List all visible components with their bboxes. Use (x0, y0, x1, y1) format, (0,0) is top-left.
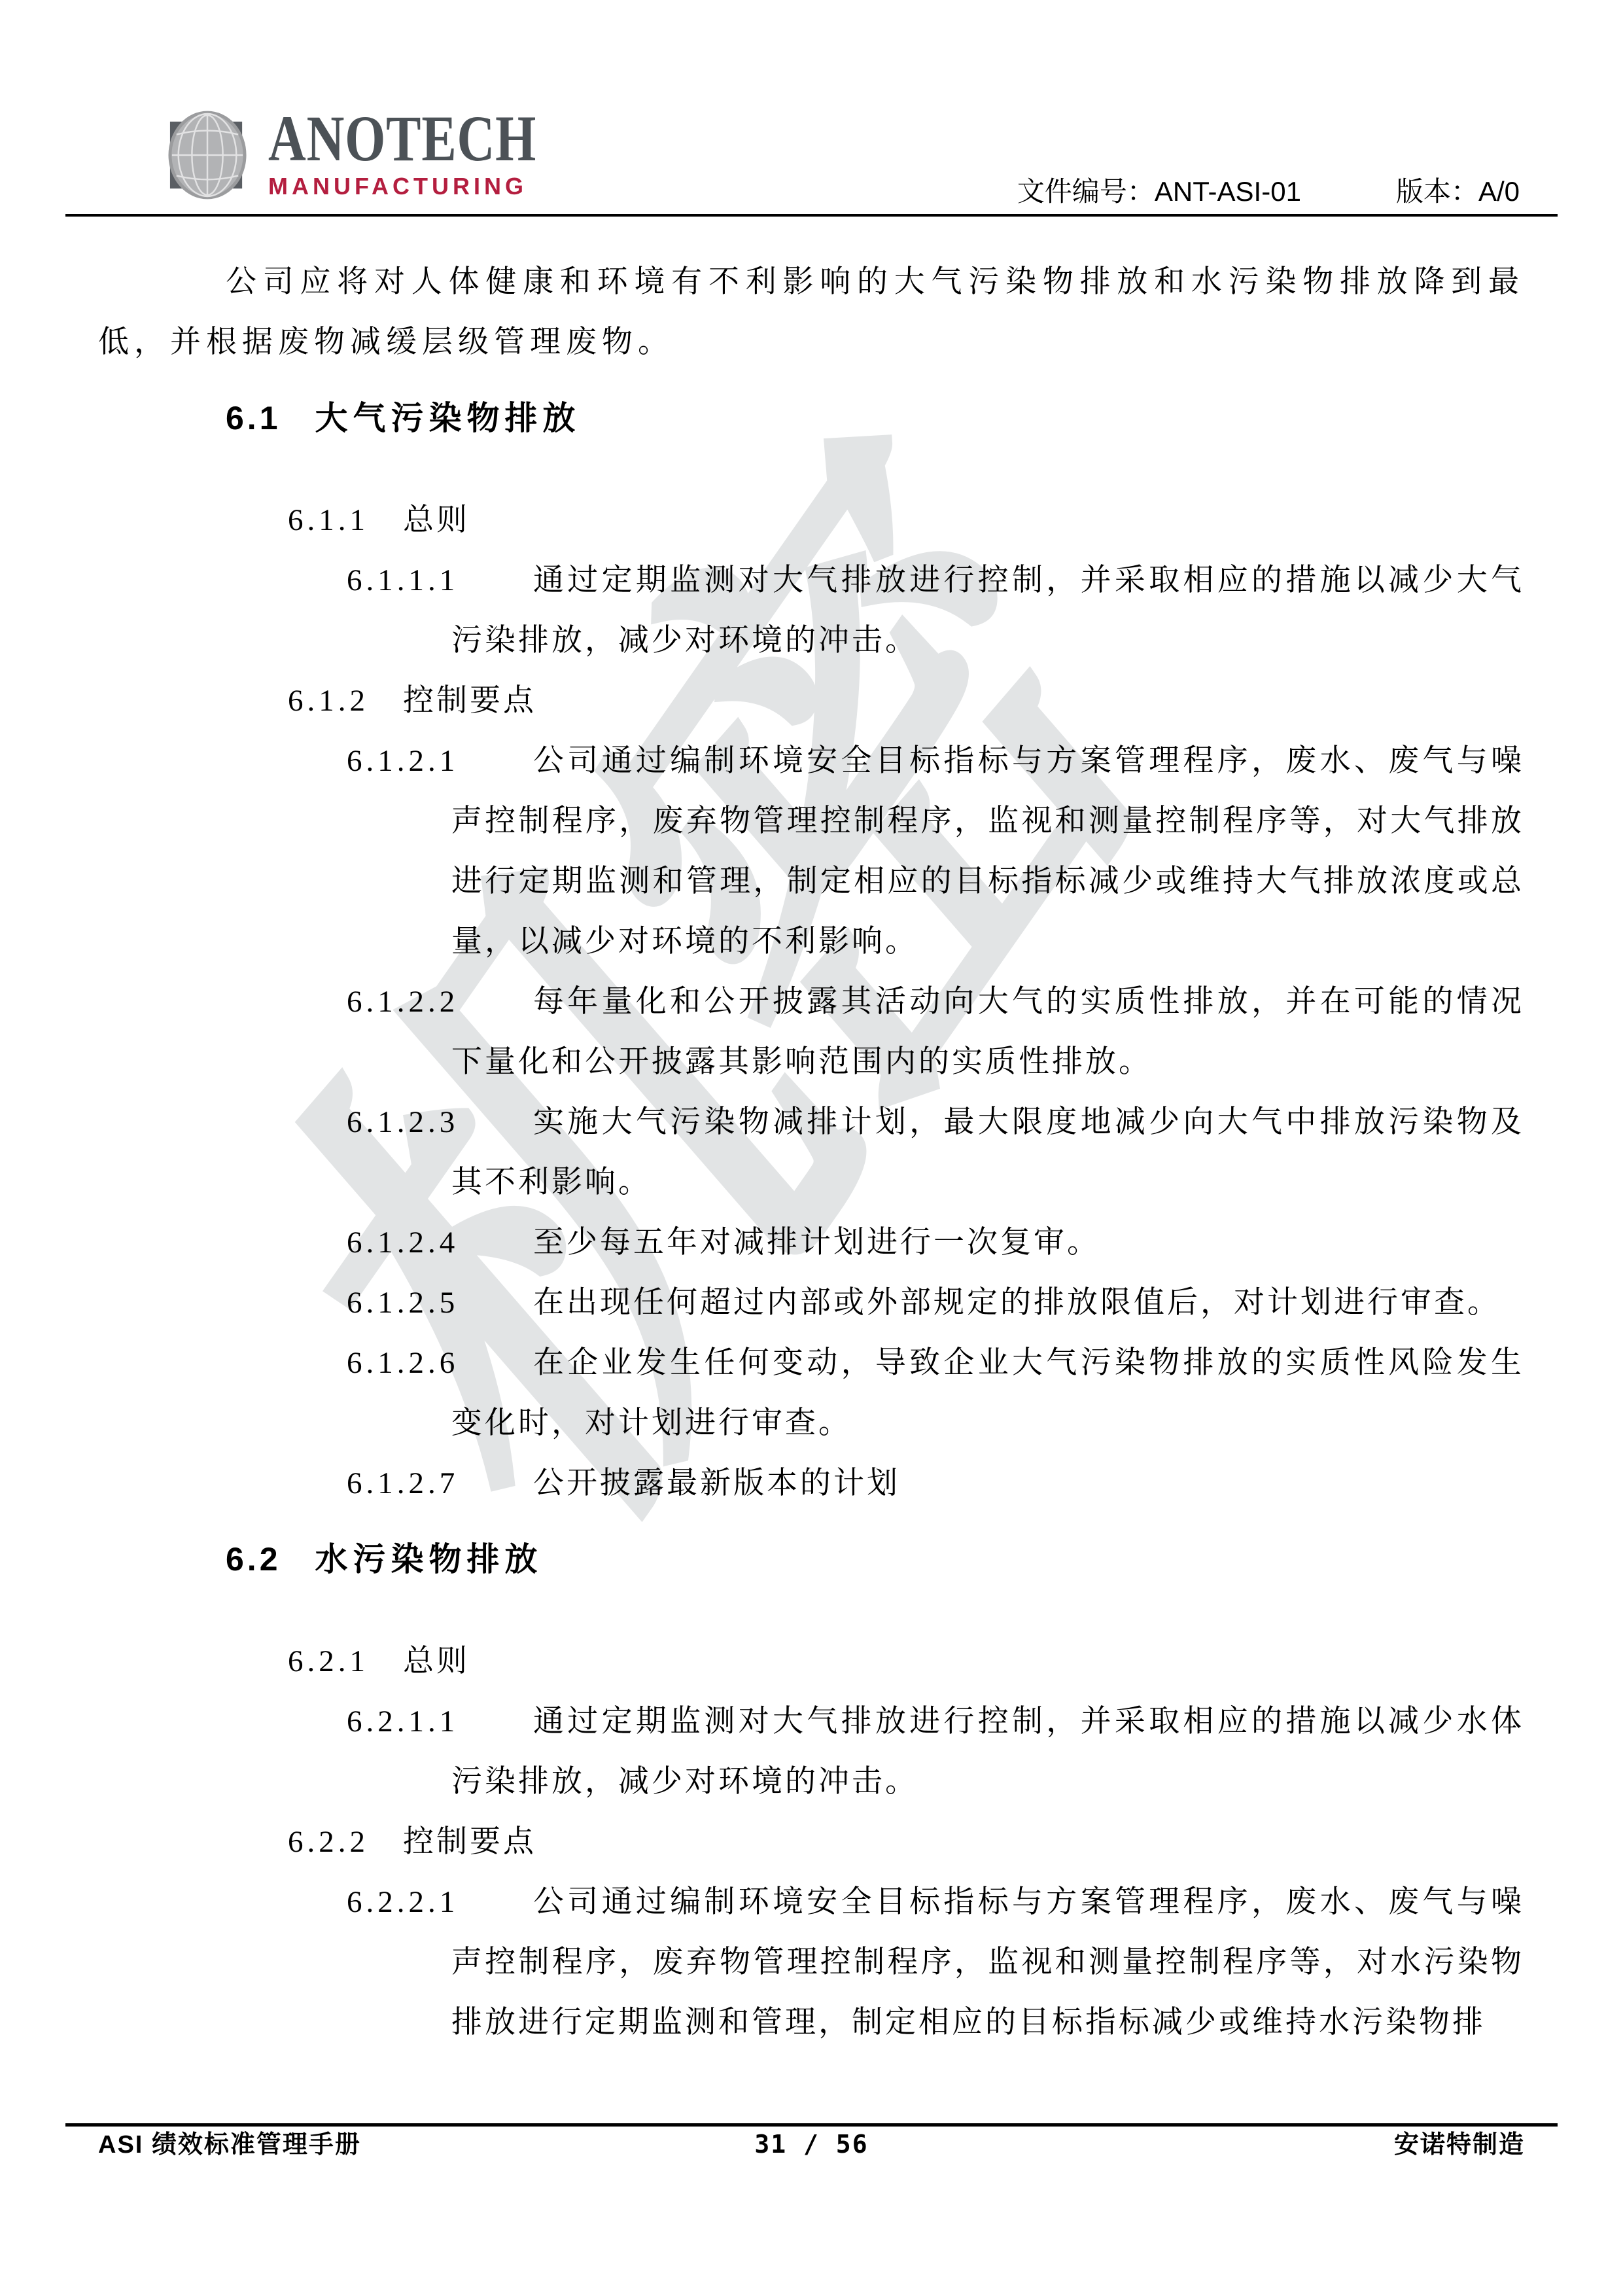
list-item-number: 6.1.2.1 (347, 731, 459, 791)
list-item: 6.2.2控制要点 (98, 1812, 1524, 1872)
list-item: 6.1.2.4至少每五年对减排计划进行一次复审。 (98, 1212, 1524, 1273)
list-item-text: 在企业发生任何变动，导致企业大气污染物排放的实质性风险发生变化时，对计划进行审查… (451, 1346, 1524, 1440)
section-heading: 6.1大气污染物排放 (226, 398, 1524, 438)
footer-divider (65, 2123, 1558, 2127)
list-item-text: 公司通过编制环境安全目标指标与方案管理程序，废水、废气与噪声控制程序，废弃物管理… (451, 744, 1524, 959)
list-item-number: 6.1.1 (288, 490, 369, 550)
globe-grid-icon (167, 110, 247, 200)
list-item-text: 每年量化和公开披露其活动向大气的实质性排放，并在可能的情况下量化和公开披露其影响… (451, 985, 1524, 1079)
list-item: 6.1.2.6在企业发生任何变动，导致企业大气污染物排放的实质性风险发生变化时，… (98, 1333, 1524, 1453)
list-item-number: 6.1.2.2 (347, 972, 459, 1032)
list-item-number: 6.1.2.7 (347, 1453, 459, 1513)
list-item-number: 6.1.2.5 (347, 1273, 459, 1333)
section-number: 6.2 (226, 1541, 281, 1578)
document-meta: 文件编号：ANT-ASI-01版本：A/0 (1017, 175, 1520, 209)
list-item-number: 6.1.2.3 (347, 1092, 459, 1152)
brand-subtitle: MANUFACTURING (268, 173, 604, 200)
list-item-text: 通过定期监测对大气排放进行控制，并采取相应的措施以减少大气污染排放，减少对环境的… (451, 563, 1524, 658)
list-item-text: 实施大气污染物减排计划，最大限度地减少向大气中排放污染物及其不利影响。 (451, 1105, 1524, 1199)
list-item: 6.2.1.1通过定期监测对大气排放进行控制，并采取相应的措施以减少水体污染排放… (98, 1691, 1524, 1812)
list-item-text: 在出现任何超过内部或外部规定的排放限值后，对计划进行审查。 (533, 1286, 1501, 1320)
list-item-number: 6.2.2 (288, 1812, 369, 1872)
list-item-number: 6.1.2.4 (347, 1212, 459, 1273)
list-item-text: 总则 (403, 503, 470, 537)
doc-number-label: 文件编号： (1017, 177, 1155, 207)
list-item-text: 总则 (403, 1644, 470, 1678)
header-divider (65, 214, 1558, 217)
list-item-text: 控制要点 (403, 1825, 536, 1859)
list-item-text: 公开披露最新版本的计划 (533, 1466, 900, 1500)
document-section: 6.1大气污染物排放 6.1.1总则 6.1.1.1通过定期监测对大气排放进行控… (98, 398, 1524, 1513)
section-title: 水污染物排放 (315, 1541, 543, 1578)
section-number: 6.1 (226, 400, 281, 436)
section-list: 6.1.1总则 6.1.1.1通过定期监测对大气排放进行控制，并采取相应的措施以… (98, 490, 1524, 1513)
version-value: A/0 (1478, 176, 1520, 207)
document-body: 公司应将对人体健康和环境有不利影响的大气污染物排放和水污染物排放降到最低，并根据… (98, 252, 1524, 2053)
list-item-number: 6.1.2 (288, 671, 369, 731)
list-item-number: 6.2.2.1 (347, 1872, 459, 1932)
list-item-text: 公司通过编制环境安全目标指标与方案管理程序，废水、废气与噪声控制程序，废弃物管理… (451, 1885, 1524, 2040)
list-item: 6.1.2.7公开披露最新版本的计划 (98, 1453, 1524, 1513)
list-item: 6.1.1.1通过定期监测对大气排放进行控制，并采取相应的措施以减少大气污染排放… (98, 550, 1524, 671)
doc-number-value: ANT-ASI-01 (1155, 176, 1301, 207)
section-list: 6.2.1总则 6.2.1.1通过定期监测对大气排放进行控制，并采取相应的措施以… (98, 1631, 1524, 2053)
list-item: 6.2.1总则 (98, 1631, 1524, 1691)
list-item-number: 6.2.1.1 (347, 1691, 459, 1752)
brand-text: ANOTECH MANUFACTURING (268, 110, 604, 200)
list-item: 6.1.2.2每年量化和公开披露其活动向大气的实质性排放，并在可能的情况下量化和… (98, 972, 1524, 1092)
list-item-number: 6.2.1 (288, 1631, 369, 1691)
list-item: 6.1.2.3实施大气污染物减排计划，最大限度地减少向大气中排放污染物及其不利影… (98, 1092, 1524, 1212)
section-title: 大气污染物排放 (315, 400, 581, 436)
list-item-number: 6.1.1.1 (347, 550, 459, 610)
footer: ASI 绩效标准管理手册 31 / 56 安诺特制造 (98, 2129, 1525, 2160)
list-item: 6.1.1总则 (98, 490, 1524, 550)
list-item: 6.1.2控制要点 (98, 671, 1524, 731)
list-item: 6.1.2.1公司通过编制环境安全目标指标与方案管理程序，废水、废气与噪声控制程… (98, 731, 1524, 972)
list-item-text: 至少每五年对减排计划进行一次复审。 (533, 1226, 1100, 1260)
intro-paragraph: 公司应将对人体健康和环境有不利影响的大气污染物排放和水污染物排放降到最低，并根据… (98, 252, 1524, 372)
footer-page-number: 31 / 56 (574, 2129, 1049, 2159)
section-heading: 6.2水污染物排放 (226, 1540, 1524, 1579)
list-item-text: 通过定期监测对大气排放进行控制，并采取相应的措施以减少水体污染排放，减少对环境的… (451, 1704, 1524, 1799)
list-item: 6.1.2.5在出现任何超过内部或外部规定的排放限值后，对计划进行审查。 (98, 1273, 1524, 1333)
footer-company-name: 安诺特制造 (1049, 2130, 1525, 2160)
footer-manual-title: ASI 绩效标准管理手册 (98, 2130, 574, 2160)
document-section: 6.2水污染物排放 6.2.1总则 6.2.1.1通过定期监测对大气排放进行控制… (98, 1540, 1524, 2053)
document-page: 机密 ANOTECH MANUFACTURING 文件编号：ANT-ASI-01… (0, 0, 1623, 2296)
list-item-number: 6.1.2.6 (347, 1333, 459, 1393)
list-item-text: 控制要点 (403, 684, 536, 718)
list-item: 6.2.2.1公司通过编制环境安全目标指标与方案管理程序，废水、废气与噪声控制程… (98, 1872, 1524, 2053)
brand-wordmark: ANOTECH (268, 110, 536, 168)
company-logo: ANOTECH MANUFACTURING (167, 110, 604, 200)
version-label: 版本： (1396, 177, 1478, 207)
